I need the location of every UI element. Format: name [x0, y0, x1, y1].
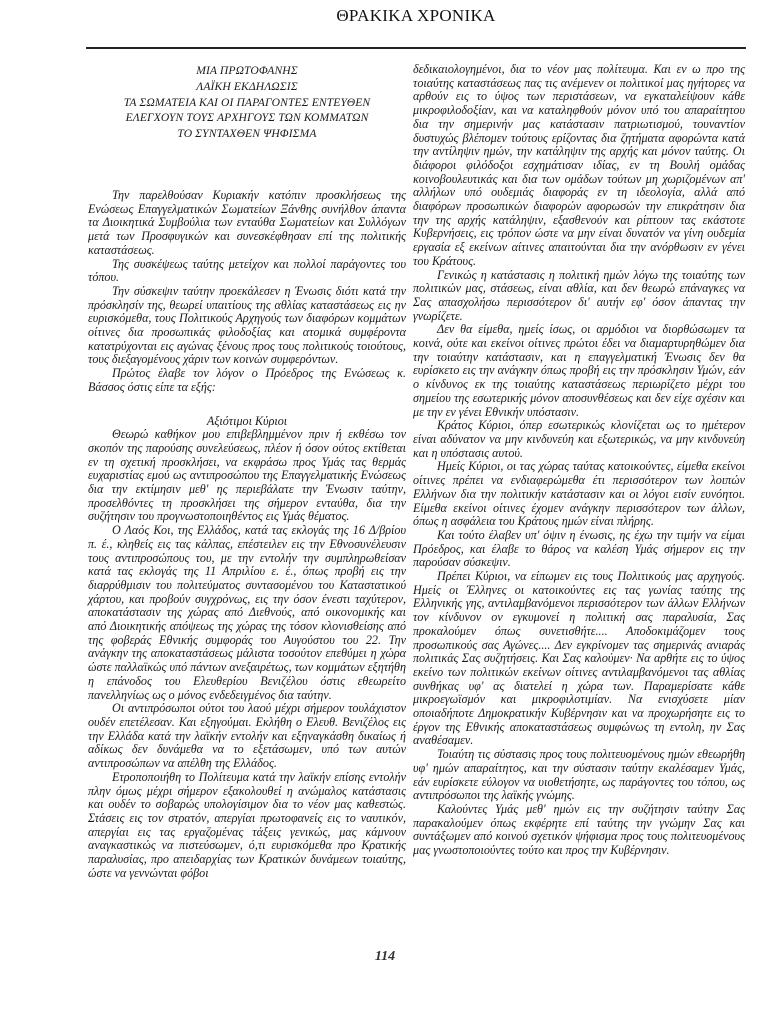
paragraph: Πρέπει Κύριοι, να είπωμεν εις τους Πολιτ…	[413, 570, 745, 748]
article-title: ΜΙΑ ΠΡΩΤΟΦΑΝΗΣ ΛΑΪΚΗ ΕΚΔΗΛΩΣΙΣ ΤΑ ΣΩΜΑΤΕ…	[88, 63, 406, 142]
paragraph: Δεν θα είμεθα, ημείς ίσως, οι αρμόδιοι ν…	[413, 323, 745, 419]
journal-header-title: ΘΡΑΚΙΚΑ ΧΡΟΝΙΚΑ	[86, 6, 746, 26]
paragraph: Θεωρώ καθήκον μου επιβεβλημμένον πριν ή …	[88, 428, 406, 524]
paragraph: Και τούτο έλαβεν υπ' όψιν η ένωσις, ης έ…	[413, 529, 745, 570]
article-title-line: ΜΙΑ ΠΡΩΤΟΦΑΝΗΣ	[88, 63, 406, 79]
paragraph: Την παρελθούσαν Κυριακήν κατόπιν προσκλή…	[88, 189, 406, 258]
paragraph: Της συσκέψεως ταύτης μετείχον και πολλοί…	[88, 258, 406, 285]
paragraph: Γενικώς η κατάστασις η πολιτική ημών λόγ…	[413, 269, 745, 324]
left-column: ΜΙΑ ΠΡΩΤΟΦΑΝΗΣ ΛΑΪΚΗ ΕΚΔΗΛΩΣΙΣ ΤΑ ΣΩΜΑΤΕ…	[88, 63, 406, 880]
paragraph: Την σύσκεψιν ταύτην προεκάλεσεν η Ένωσις…	[88, 285, 406, 367]
page-number: 114	[365, 949, 405, 965]
paragraph-continued: δεδικαιολογημένοι, δια το νέον μας πολίτ…	[413, 63, 745, 269]
paragraph: Ετροποποιήθη το Πολίτευμα κατά την λαϊκή…	[88, 771, 406, 881]
paragraph: Τοιαύτη τις σύστασις προς τους πολιτευομ…	[413, 748, 745, 803]
paragraph: Ο Λαός Κοι, της Ελλάδος, κατά τας εκλογά…	[88, 524, 406, 702]
speech-salutation: Αξιότιμοι Κύριοι	[88, 415, 406, 429]
paragraph: Κράτος Κύριοι, όπερ εσωτερικώς κλονίζετα…	[413, 419, 745, 460]
paragraph: Ημείς Κύριοι, οι τας χώρας ταύτας κατοικ…	[413, 460, 745, 529]
article-title-line: ΤΟ ΣΥΝΤΑΧΘΕΝ ΨΗΦΙΣΜΑ	[88, 126, 406, 142]
header-rule	[86, 47, 746, 49]
article-title-line: ΤΑ ΣΩΜΑΤΕΙΑ ΚΑΙ ΟΙ ΠΑΡΑΓΟΝΤΕΣ ΕΝΤΕΥΘΕΝ	[88, 95, 406, 111]
right-column: δεδικαιολογημένοι, δια το νέον μας πολίτ…	[413, 63, 745, 858]
paragraph: Πρώτος έλαβε τον λόγον ο Πρόεδρος της Εν…	[88, 367, 406, 394]
paragraph: Καλούντες Υμάς μεθ' ημών εις την συζήτησ…	[413, 803, 745, 858]
article-title-line: ΕΛΕΓΧΟΥΝ ΤΟΥΣ ΑΡΧΗΓΟΥΣ ΤΩΝ ΚΟΜΜΑΤΩΝ	[88, 110, 406, 126]
article-title-line: ΛΑΪΚΗ ΕΚΔΗΛΩΣΙΣ	[88, 79, 406, 95]
paragraph: Οι αντιπρόσωποι ούτοι του λαού μέχρι σήμ…	[88, 702, 406, 771]
